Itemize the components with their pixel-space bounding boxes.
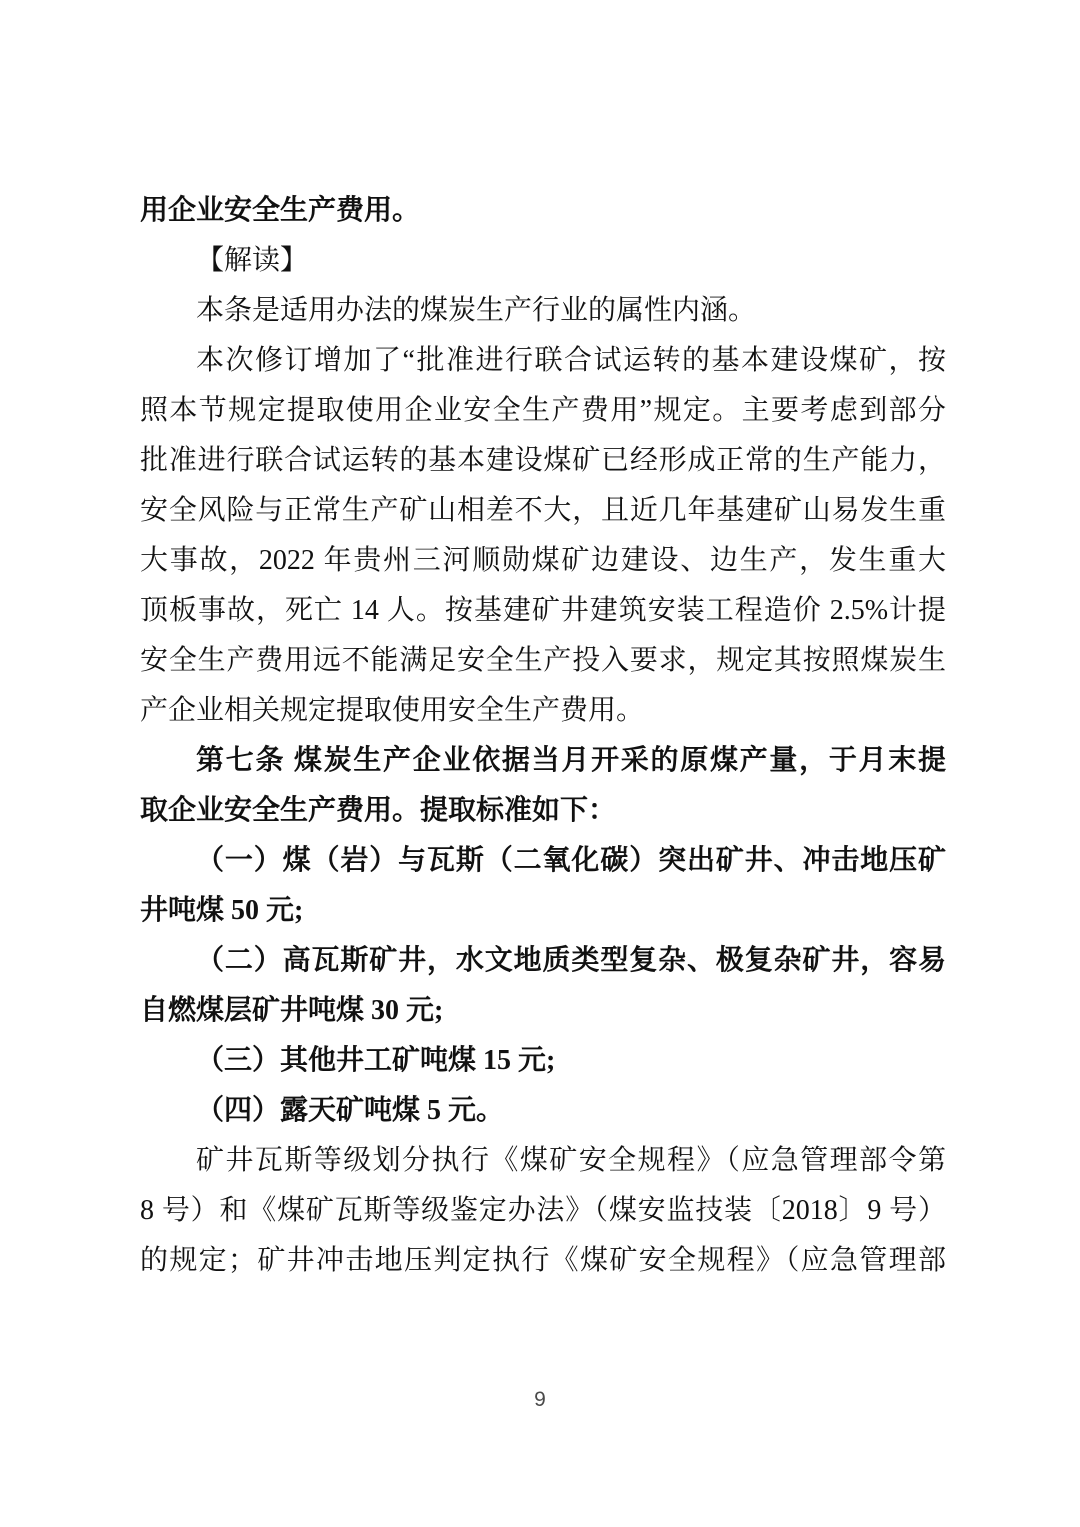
text-line: 8 号）和《煤矿瓦斯等级鉴定办法》（煤安监技装〔2018〕9 号） xyxy=(140,1186,946,1236)
text-line: 安全风险与正常生产矿山相差不大，且近几年基建矿山易发生重 xyxy=(140,486,946,536)
text-line: 本条是适用办法的煤炭生产行业的属性内涵。 xyxy=(140,286,946,336)
text-line: （一）煤（岩）与瓦斯（二氧化碳）突出矿井、冲击地压矿 xyxy=(140,836,946,886)
text-line: （三）其他井工矿吨煤 15 元; xyxy=(140,1036,946,1086)
text-line: 【解读】 xyxy=(140,236,946,286)
text-line: 大事故，2022 年贵州三河顺勋煤矿边建设、边生产，发生重大 xyxy=(140,536,946,586)
document-text-block: 用企业安全生产费用。【解读】本条是适用办法的煤炭生产行业的属性内涵。本次修订增加… xyxy=(140,186,946,1286)
text-line: 自燃煤层矿井吨煤 30 元; xyxy=(140,986,946,1036)
page-number: 9 xyxy=(0,1385,1080,1415)
text-line: 矿井瓦斯等级划分执行《煤矿安全规程》（应急管理部令第 xyxy=(140,1136,946,1186)
text-line: 批准进行联合试运转的基本建设煤矿已经形成正常的生产能力， xyxy=(140,436,946,486)
text-line: 井吨煤 50 元; xyxy=(140,886,946,936)
text-line: 产企业相关规定提取使用安全生产费用。 xyxy=(140,686,946,736)
text-line: 照本节规定提取使用企业安全生产费用”规定。主要考虑到部分 xyxy=(140,386,946,436)
text-line: 用企业安全生产费用。 xyxy=(140,186,946,236)
text-line: （二）高瓦斯矿井，水文地质类型复杂、极复杂矿井，容易 xyxy=(140,936,946,986)
text-line: 安全生产费用远不能满足安全生产投入要求，规定其按照煤炭生 xyxy=(140,636,946,686)
text-line: 顶板事故，死亡 14 人。按基建矿井建筑安装工程造价 2.5%计提 xyxy=(140,586,946,636)
text-line: （四）露天矿吨煤 5 元。 xyxy=(140,1086,946,1136)
text-line: 本次修订增加了“批准进行联合试运转的基本建设煤矿，按 xyxy=(140,336,946,386)
text-line: 的规定；矿井冲击地压判定执行《煤矿安全规程》（应急管理部 xyxy=(140,1236,946,1286)
document-page: 用企业安全生产费用。【解读】本条是适用办法的煤炭生产行业的属性内涵。本次修订增加… xyxy=(0,0,1080,1527)
text-line: 取企业安全生产费用。提取标准如下： xyxy=(140,786,946,836)
text-line: 第七条 煤炭生产企业依据当月开采的原煤产量，于月末提 xyxy=(140,736,946,786)
